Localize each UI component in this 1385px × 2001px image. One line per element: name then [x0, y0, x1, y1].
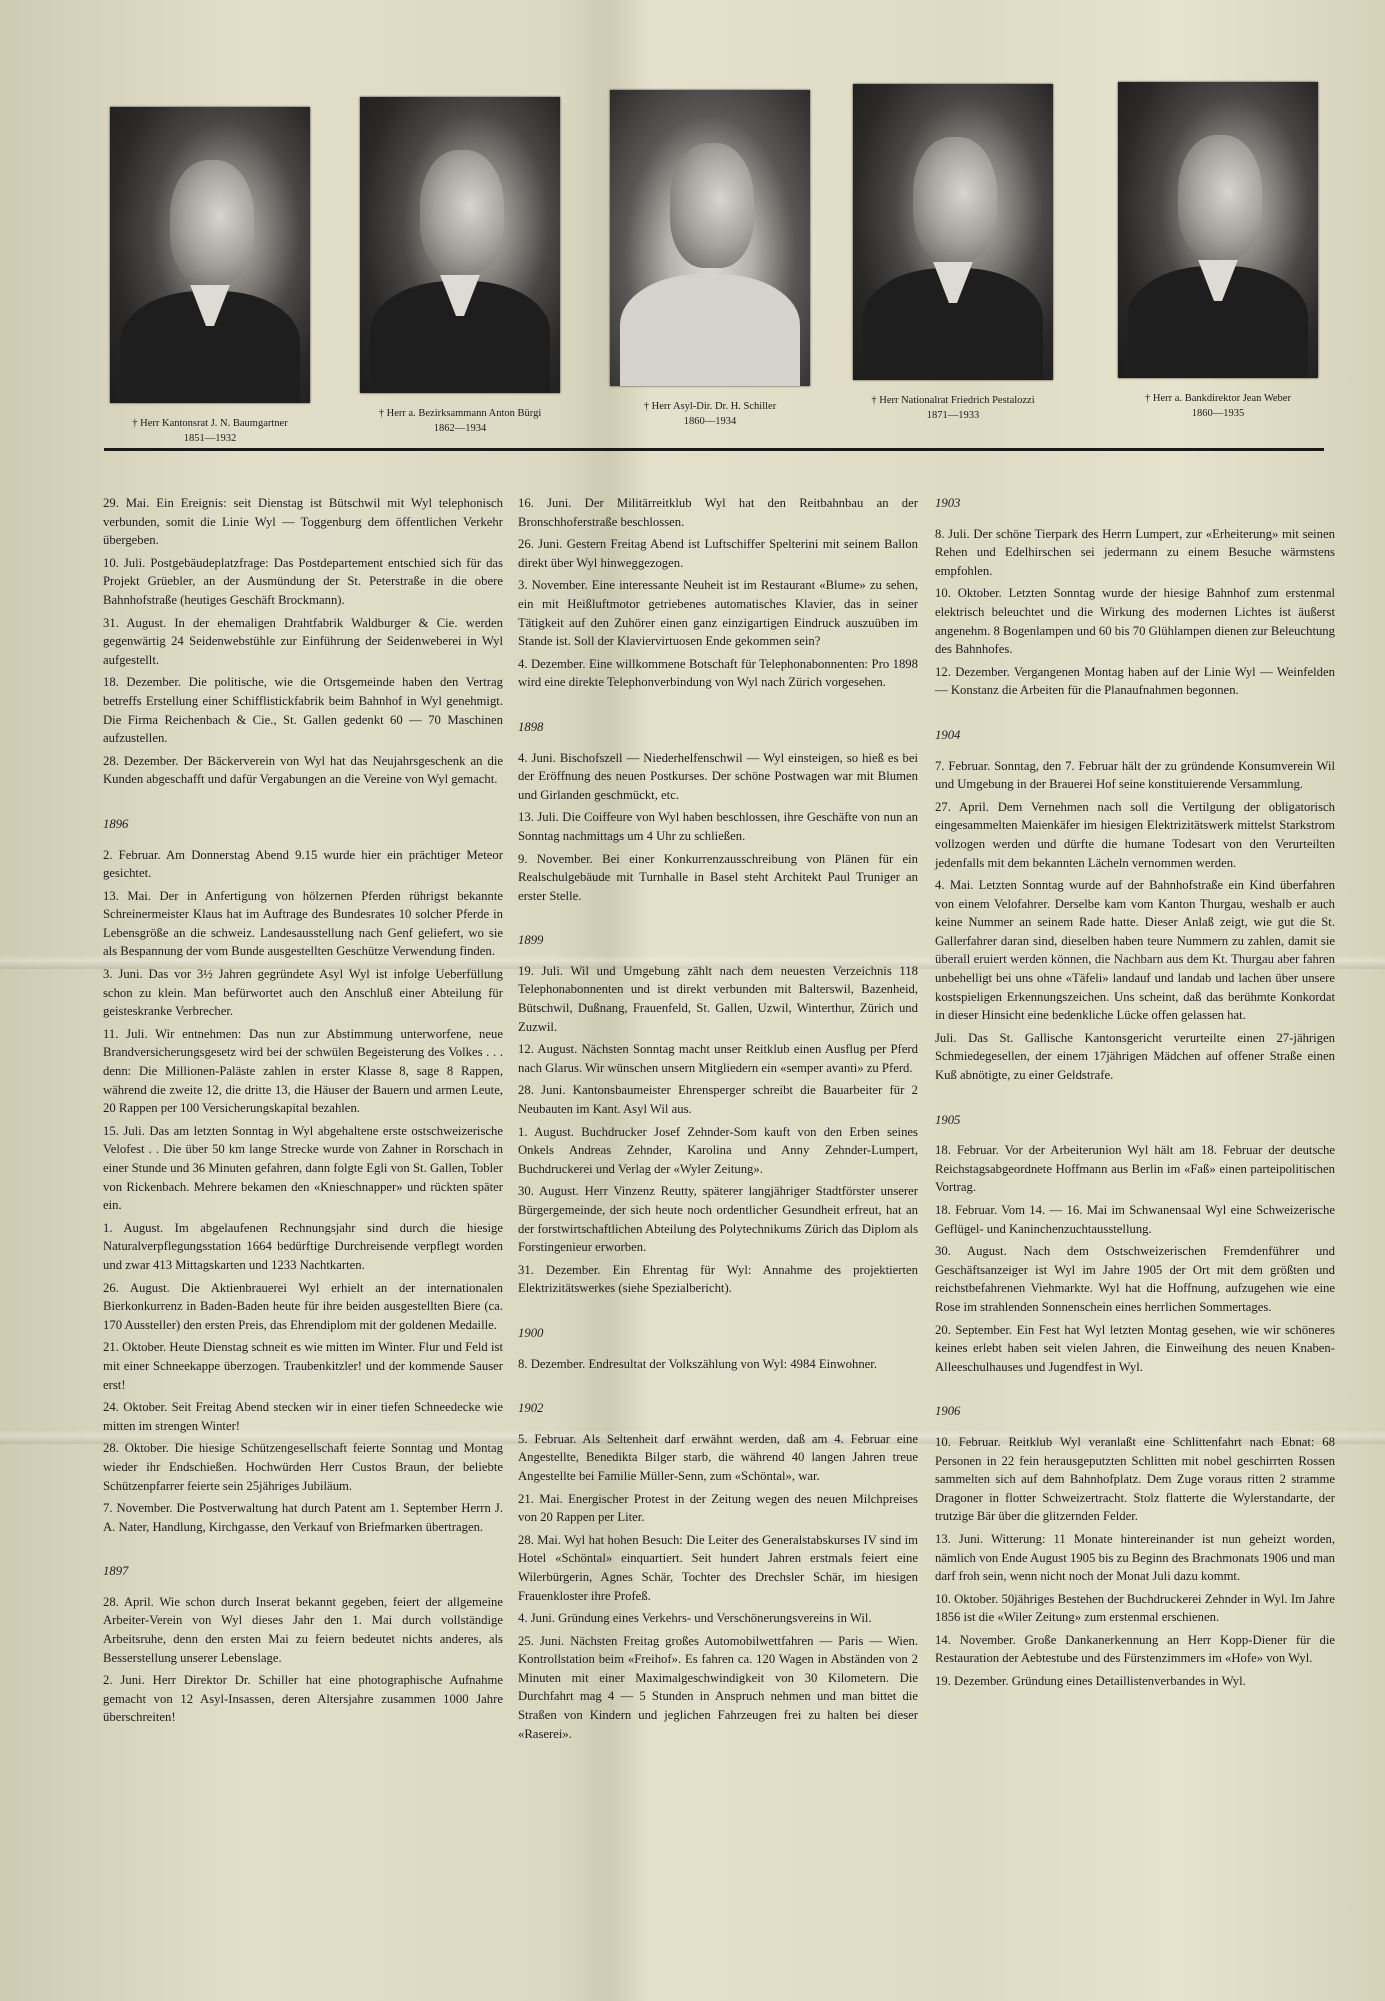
chronicle-entry: 28. Dezember. Der Bäckerverein von Wyl h… [103, 752, 503, 789]
year-heading: 1902 [518, 1399, 918, 1418]
year-heading: 1900 [518, 1324, 918, 1343]
year-heading: 1899 [518, 931, 918, 950]
chronicle-entry: 3. Juni. Das vor 3½ Jahren gegründete As… [103, 965, 503, 1021]
chronicle-column-3: 19038. Juli. Der schöne Tierpark des Her… [935, 494, 1335, 1695]
portrait-caption: † Herr Kantonsrat J. N. Baumgartner1851—… [110, 417, 310, 446]
year-heading: 1905 [935, 1111, 1335, 1130]
chronicle-entry: 10. Februar. Reitklub Wyl veranlaßt eine… [935, 1433, 1335, 1526]
year-heading: 1897 [103, 1562, 503, 1581]
chronicle-entry: 18. Februar. Vor der Arbeiterunion Wyl h… [935, 1141, 1335, 1197]
chronicle-entry: 26. Juni. Gestern Freitag Abend ist Luft… [518, 535, 918, 572]
year-heading: 1903 [935, 494, 1335, 513]
year-heading: 1904 [935, 726, 1335, 745]
chronicle-entry: 2. Februar. Am Donnerstag Abend 9.15 wur… [103, 846, 503, 883]
chronicle-entry: 4. Dezember. Eine willkommene Botschaft … [518, 655, 918, 692]
chronicle-entry: 27. April. Dem Vernehmen nach soll die V… [935, 798, 1335, 872]
portrait-baumgartner: † Herr Kantonsrat J. N. Baumgartner1851—… [110, 107, 310, 446]
portrait-photo [110, 107, 310, 403]
chronicle-entry: 8. Juli. Der schöne Tierpark des Herrn L… [935, 525, 1335, 581]
chronicle-entry: 28. Oktober. Die hiesige Schützengesells… [103, 1439, 503, 1495]
chronicle-entry: Juli. Das St. Gallische Kantonsgericht v… [935, 1029, 1335, 1085]
chronicle-entry: 25. Juni. Nächsten Freitag großes Automo… [518, 1632, 918, 1744]
chronicle-entry: 10. Juli. Postgebäudeplatzfrage: Das Pos… [103, 554, 503, 610]
chronicle-entry: 4. Juni. Bischofszell — Niederhelfenschw… [518, 749, 918, 805]
chronicle-entry: 31. Dezember. Ein Ehrentag für Wyl: Anna… [518, 1261, 918, 1298]
chronicle-entry: 7. November. Die Postverwaltung hat durc… [103, 1499, 503, 1536]
chronicle-entry: 7. Februar. Sonntag, den 7. Februar hält… [935, 757, 1335, 794]
chronicle-entry: 29. Mai. Ein Ereignis: seit Dienstag ist… [103, 494, 503, 550]
portrait-pestalozzi: † Herr Nationalrat Friedrich Pestalozzi1… [853, 84, 1053, 423]
chronicle-column-2: 16. Juni. Der Militärreitklub Wyl hat de… [518, 494, 918, 1747]
chronicle-entry: 2. Juni. Herr Direktor Dr. Schiller hat … [103, 1671, 503, 1727]
chronicle-entry: 5. Februar. Als Seltenheit darf erwähnt … [518, 1430, 918, 1486]
chronicle-entry: 31. August. In der ehemaligen Drahtfabri… [103, 614, 503, 670]
chronicle-entry: 4. Juni. Gründung eines Verkehrs- und Ve… [518, 1609, 918, 1628]
portrait-schiller: † Herr Asyl-Dir. Dr. H. Schiller1860—193… [610, 90, 810, 429]
chronicle-entry: 10. Oktober. 50jähriges Bestehen der Buc… [935, 1590, 1335, 1627]
chronicle-entry: 1. August. Im abgelaufenen Rechnungsjahr… [103, 1219, 503, 1275]
portrait-buergi: † Herr a. Bezirksammann Anton Bürgi1862—… [360, 97, 560, 436]
portrait-caption: † Herr Nationalrat Friedrich Pestalozzi1… [853, 394, 1053, 423]
chronicle-entry: 18. Dezember. Die politische, wie die Or… [103, 673, 503, 747]
chronicle-entry: 21. Mai. Energischer Protest in der Zeit… [518, 1490, 918, 1527]
chronicle-column-1: 29. Mai. Ein Ereignis: seit Dienstag ist… [103, 494, 503, 1731]
chronicle-entry: 19. Juli. Wil und Umgebung zählt nach de… [518, 962, 918, 1036]
chronicle-entry: 30. August. Herr Vinzenz Reutty, spätere… [518, 1182, 918, 1256]
chronicle-entry: 13. Juli. Die Coiffeure von Wyl haben be… [518, 808, 918, 845]
chronicle-entry: 9. November. Bei einer Konkurrenzausschr… [518, 850, 918, 906]
chronicle-entry: 28. April. Wie schon durch Inserat bekan… [103, 1593, 503, 1667]
portrait-caption: † Herr Asyl-Dir. Dr. H. Schiller1860—193… [610, 400, 810, 429]
portrait-caption: † Herr a. Bankdirektor Jean Weber1860—19… [1118, 392, 1318, 421]
chronicle-entry: 12. August. Nächsten Sonntag macht unser… [518, 1040, 918, 1077]
chronicle-entry: 8. Dezember. Endresultat der Volkszählun… [518, 1355, 918, 1374]
chronicle-entry: 30. August. Nach dem Ostschweizerischen … [935, 1242, 1335, 1316]
chronicle-entry: 11. Juli. Wir entnehmen: Das nun zur Abs… [103, 1025, 503, 1118]
portrait-photo [610, 90, 810, 386]
portrait-gallery: † Herr Kantonsrat J. N. Baumgartner1851—… [108, 82, 1323, 442]
year-heading: 1896 [103, 815, 503, 834]
chronicle-entry: 26. August. Die Aktienbrauerei Wyl erhie… [103, 1279, 503, 1335]
chronicle-entry: 16. Juni. Der Militärreitklub Wyl hat de… [518, 494, 918, 531]
chronicle-entry: 10. Oktober. Letzten Sonntag wurde der h… [935, 584, 1335, 658]
chronicle-entry: 21. Oktober. Heute Dienstag schneit es w… [103, 1338, 503, 1394]
chronicle-entry: 3. November. Eine interessante Neuheit i… [518, 576, 918, 650]
portrait-caption: † Herr a. Bezirksammann Anton Bürgi1862—… [360, 407, 560, 436]
chronicle-entry: 15. Juli. Das am letzten Sonntag in Wyl … [103, 1122, 503, 1215]
chronicle-entry: 28. Mai. Wyl hat hohen Besuch: Die Leite… [518, 1531, 918, 1605]
portrait-photo [360, 97, 560, 393]
chronicle-entry: 12. Dezember. Vergangenen Montag haben a… [935, 663, 1335, 700]
chronicle-entry: 24. Oktober. Seit Freitag Abend stecken … [103, 1398, 503, 1435]
portrait-photo [853, 84, 1053, 380]
chronicle-entry: 13. Mai. Der in Anfertigung von hölzerne… [103, 887, 503, 961]
year-heading: 1906 [935, 1402, 1335, 1421]
portrait-photo [1118, 82, 1318, 378]
chronicle-entry: 20. September. Ein Fest hat Wyl letzten … [935, 1321, 1335, 1377]
chronicle-entry: 18. Februar. Vom 14. — 16. Mai im Schwan… [935, 1201, 1335, 1238]
chronicle-entry: 13. Juni. Witterung: 11 Monate hinterein… [935, 1530, 1335, 1586]
chronicle-entry: 14. November. Große Dankanerkennung an H… [935, 1631, 1335, 1668]
portrait-weber: † Herr a. Bankdirektor Jean Weber1860—19… [1118, 82, 1318, 421]
year-heading: 1898 [518, 718, 918, 737]
chronicle-entry: 1. August. Buchdrucker Josef Zehnder-Som… [518, 1123, 918, 1179]
chronicle-entry: 28. Juni. Kantonsbaumeister Ehrensperger… [518, 1081, 918, 1118]
chronicle-entry: 4. Mai. Letzten Sonntag wurde auf der Ba… [935, 876, 1335, 1025]
section-divider [104, 448, 1324, 451]
chronicle-entry: 19. Dezember. Gründung eines Detailliste… [935, 1672, 1335, 1691]
